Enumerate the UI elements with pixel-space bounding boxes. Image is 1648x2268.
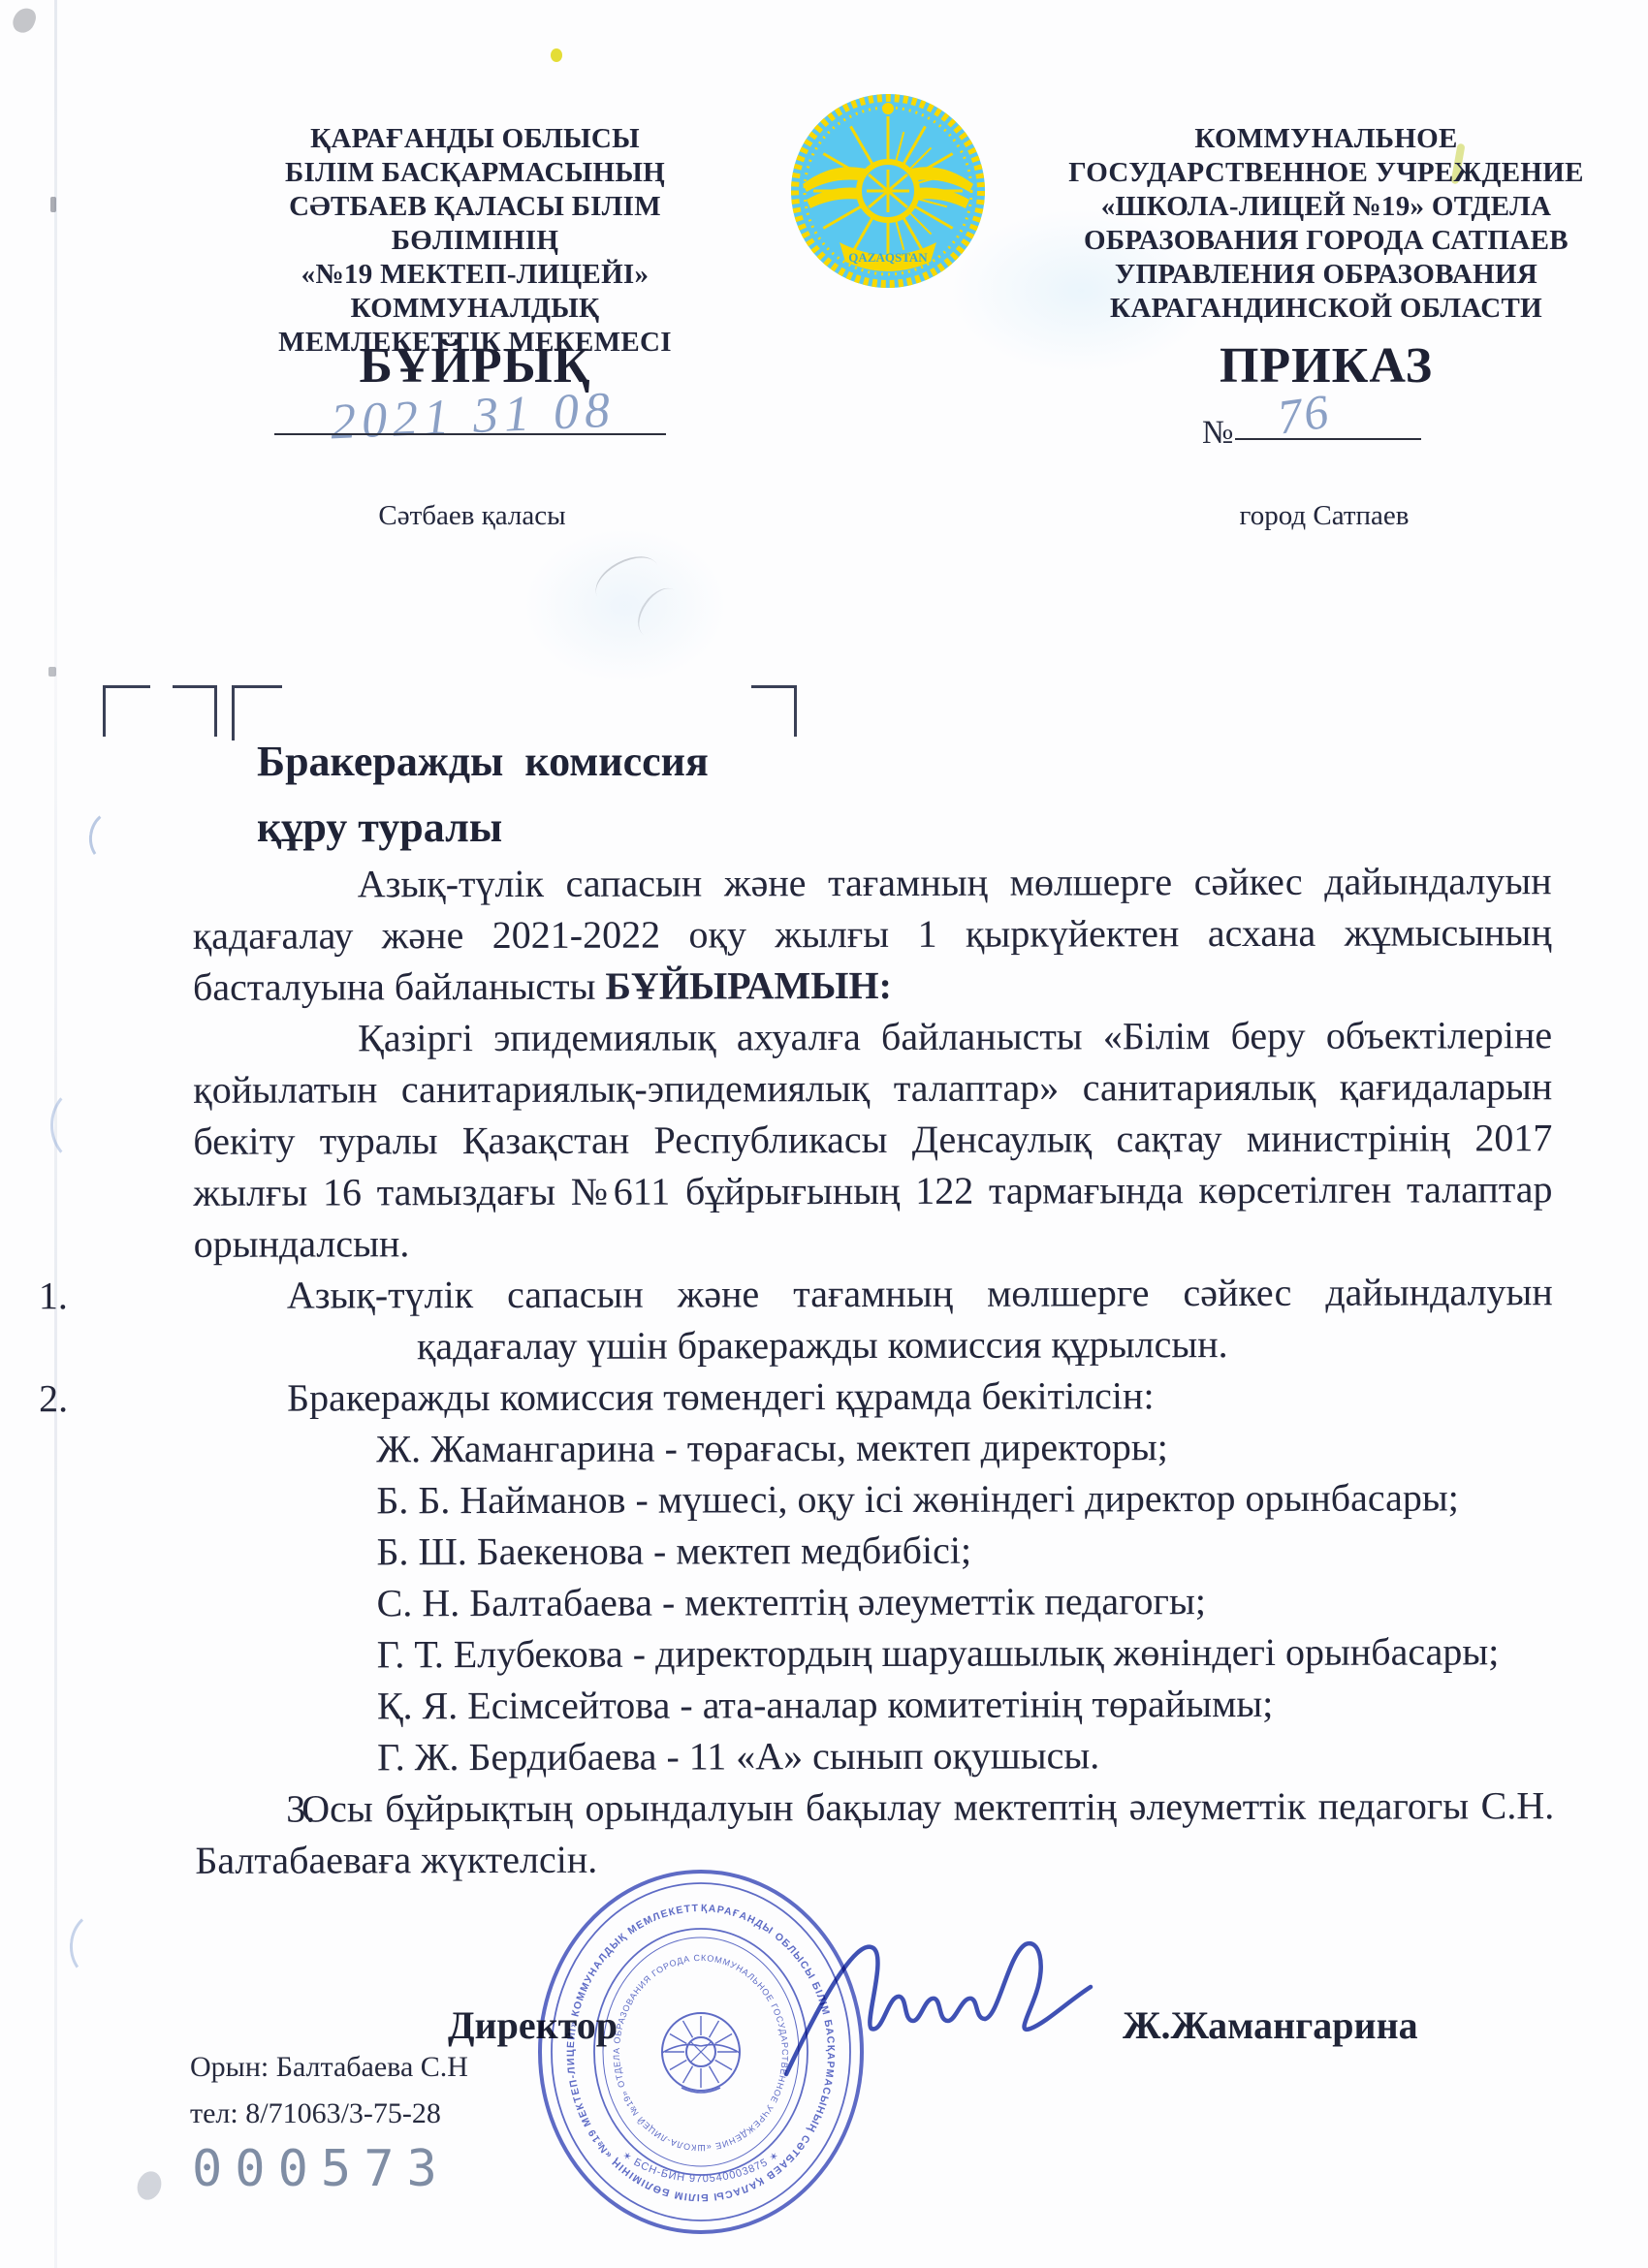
org-line: ГОСУДАРСТВЕННОЕ УЧРЕЖДЕНИЕ (1059, 156, 1594, 190)
commission-member: Г. Ж. Бердибаева - 11 «А» сынып оқушысы. (377, 1728, 1554, 1782)
scan-artifact (134, 2168, 166, 2203)
order-body: Азық-түлік сапасын және тағамның мөлшерг… (193, 855, 1555, 1886)
commission-member: Б. Ш. Баекенова - мектеп медбибісі; (376, 1523, 1553, 1577)
org-name-russian: КОММУНАЛЬНОЕ ГОСУДАРСТВЕННОЕ УЧРЕЖДЕНИЕ … (1059, 122, 1594, 326)
org-line: БІЛІМ БАСҚАРМАСЫНЫҢ (206, 156, 744, 190)
subject-line-1: Бракеражды комиссия (257, 738, 709, 785)
commission-member: Б. Б. Найманов - мүшесі, оқу ісі жөнінде… (376, 1471, 1553, 1526)
subject-line-2: құру туралы (257, 803, 502, 851)
org-line: КАРАГАНДИНСКОЙ ОБЛАСТИ (1059, 292, 1594, 326)
date-underline (274, 433, 666, 435)
item-number: 2. (228, 1372, 287, 1424)
order-item-2: 2.Бракеражды комиссия төмендегі құрамда … (194, 1369, 1553, 1424)
stamp-inner-ring-text: КОММУНАЛЬНОЕ ГОСУДАРСТВЕННОЕ УЧРЕЖДЕНИЕ … (528, 1863, 790, 2153)
org-line: «№19 МЕКТЕП-ЛИЦЕЙІ» (206, 258, 744, 292)
org-line: ОБРАЗОВАНИЯ ГОРОДА САТПАЕВ (1059, 224, 1594, 258)
item-text: Бракеражды комиссия төмендегі құрамда бе… (287, 1373, 1155, 1419)
scan-artifact (50, 197, 56, 212)
corner-mark (751, 685, 797, 737)
handwritten-order-number: 76 (1274, 383, 1334, 446)
item-text: Азық-түлік сапасын және тағамның мөлшерг… (287, 1270, 1553, 1368)
emblem-caption: QAZAQSTAN (848, 250, 928, 265)
org-name-kazakh: ҚАРАҒАНДЫ ОБЛЫСЫ БІЛІМ БАСҚАРМАСЫНЫҢ СӘТ… (206, 122, 744, 360)
commission-member: Ж. Жамангарина - төрағасы, мектеп директ… (376, 1420, 1553, 1474)
phone-line: тел: 8/71063/3-75-28 (190, 2097, 441, 2130)
org-line: КОММУНАЛЬНОЕ (1059, 122, 1594, 156)
director-signature-handwriting (771, 1921, 1100, 2084)
scan-artifact (67, 1908, 130, 1982)
corner-mark (103, 685, 150, 737)
commission-member: Г. Т. Елубекова - директордың шаруашылық… (377, 1625, 1554, 1680)
order-verb: БҰЙЫРАМЫН: (605, 963, 892, 1008)
document-number-stamp: 000573 (192, 2140, 450, 2198)
commission-member: С. Н. Балтабаева - мектептің әлеуметтік … (377, 1574, 1554, 1628)
executor-line: Орын: Балтабаева С.Н (190, 2051, 468, 2084)
order-item-3: 3.Осы бұйрықтың орындалуын бақылау мекте… (195, 1780, 1554, 1886)
commission-members-list: Ж. Жамангарина - төрағасы, мектеп директ… (376, 1420, 1554, 1782)
org-line: «ШКОЛА-ЛИЦЕЙ №19» ОТДЕЛА (1059, 190, 1594, 224)
org-line: СӘТБАЕВ ҚАЛАСЫ БІЛІМ БӨЛІМІНІҢ (206, 190, 744, 258)
svg-text:КОММУНАЛЬНОЕ ГОСУДАРСТВЕННОЕ У: КОММУНАЛЬНОЕ ГОСУДАРСТВЕННОЕ УЧРЕЖДЕНИЕ … (528, 1863, 790, 2153)
scan-artifact (11, 5, 39, 36)
scan-artifact (523, 528, 727, 683)
scan-artifact (50, 1087, 112, 1163)
org-line: КОММУНАЛДЫҚ (206, 292, 744, 326)
commission-member: Қ. Я. Есімсейтова - ата-аналар комитетін… (377, 1677, 1554, 1731)
order-item-1: 1.Азық-түлік сапасын және тағамның мөлше… (194, 1266, 1553, 1372)
director-name: Ж.Жамангарина (1123, 2002, 1418, 2048)
order-subject: Бракеражды комиссия құру туралы (257, 729, 709, 861)
item-number: 3. (240, 1783, 301, 1835)
item-number: 1. (228, 1270, 287, 1321)
scan-artifact (85, 807, 139, 867)
scanned-order-document: ҚАРАҒАНДЫ ОБЛЫСЫ БІЛІМ БАСҚАРМАСЫНЫҢ СӘТ… (0, 0, 1648, 2268)
scan-artifact (551, 48, 562, 62)
item-text: Осы бұйрықтың орындалуын бақылау мектепт… (195, 1783, 1554, 1882)
legal-basis-text: Қазіргі эпидемиялық ахуалға байланысты «… (193, 1013, 1552, 1266)
org-line: ҚАРАҒАНДЫ ОБЛЫСЫ (206, 122, 744, 156)
kazakhstan-emblem-icon: QAZAQSTAN (785, 87, 991, 295)
paragraph-legal-basis: Қазіргі эпидемиялық ахуалға байланысты «… (193, 1009, 1553, 1270)
scan-artifact (48, 667, 56, 677)
org-line: УПРАВЛЕНИЯ ОБРАЗОВАНИЯ (1059, 258, 1594, 292)
place-kazakh: Сәтбаев қаласы (278, 500, 666, 532)
order-number-label: № (1202, 415, 1233, 452)
paragraph-preamble: Азық-түлік сапасын және тағамның мөлшерг… (193, 855, 1552, 1013)
place-russian: город Сатпаев (1130, 500, 1518, 532)
corner-mark (173, 685, 217, 737)
